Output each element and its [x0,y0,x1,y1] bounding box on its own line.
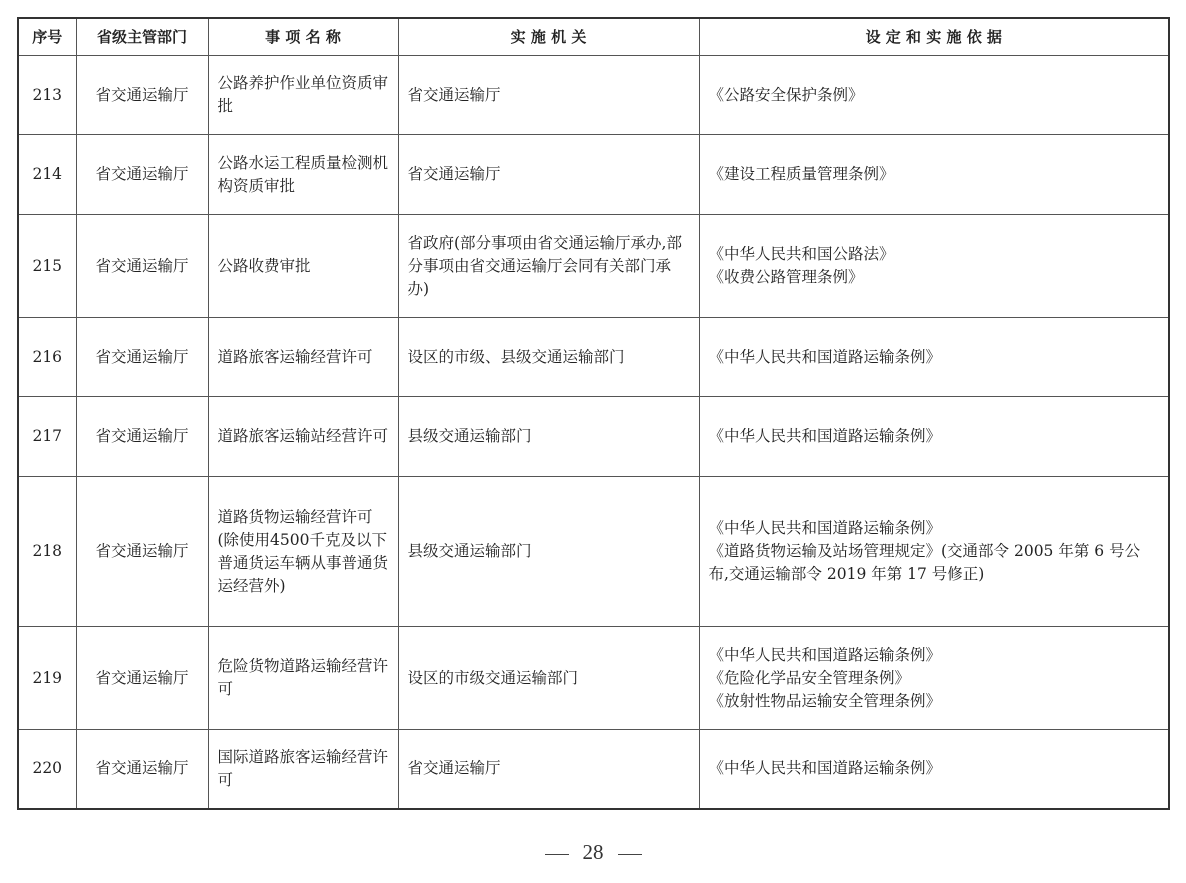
header-item-name: 事 项 名 称 [208,18,398,56]
cell-department: 省交通运输厅 [76,318,208,397]
cell-serial: 214 [18,135,76,215]
cell-department: 省交通运输厅 [76,135,208,215]
cell-department: 省交通运输厅 [76,56,208,135]
cell-department: 省交通运输厅 [76,397,208,477]
cell-agency: 省交通运输厅 [398,135,699,215]
cell-agency: 县级交通运输部门 [398,397,699,477]
header-agency: 实 施 机 关 [398,18,699,56]
cell-serial: 215 [18,215,76,318]
table-row: 219省交通运输厅危险货物道路运输经营许可设区的市级交通运输部门《中华人民共和国… [18,627,1169,730]
cell-department: 省交通运输厅 [76,477,208,627]
cell-agency: 设区的市级交通运输部门 [398,627,699,730]
legal-basis-line: 《建设工程质量管理条例》 [709,163,1160,186]
legal-basis-line: 《中华人民共和国公路法》 [709,243,1160,266]
legal-basis-line: 《中华人民共和国道路运输条例》 [709,425,1160,448]
table-row: 214省交通运输厅公路水运工程质量检测机构资质审批省交通运输厅《建设工程质量管理… [18,135,1169,215]
cell-agency: 省交通运输厅 [398,56,699,135]
header-department: 省级主管部门 [76,18,208,56]
table-row: 217省交通运输厅道路旅客运输站经营许可县级交通运输部门《中华人民共和国道路运输… [18,397,1169,477]
legal-basis-line: 《中华人民共和国道路运输条例》 [709,757,1160,780]
cell-serial: 219 [18,627,76,730]
cell-item-name: 公路养护作业单位资质审批 [208,56,398,135]
cell-agency: 县级交通运输部门 [398,477,699,627]
cell-agency: 省交通运输厅 [398,730,699,809]
cell-item-name: 道路旅客运输经营许可 [208,318,398,397]
table-row: 218省交通运输厅道路货物运输经营许可(除使用4500千克及以下普通货运车辆从事… [18,477,1169,627]
cell-agency: 设区的市级、县级交通运输部门 [398,318,699,397]
cell-agency: 省政府(部分事项由省交通运输厅承办,部分事项由省交通运输厅会同有关部门承办) [398,215,699,318]
cell-item-name: 危险货物道路运输经营许可 [208,627,398,730]
cell-item-name: 国际道路旅客运输经营许可 [208,730,398,809]
table-row: 215省交通运输厅公路收费审批省政府(部分事项由省交通运输厅承办,部分事项由省交… [18,215,1169,318]
cell-item-name: 公路水运工程质量检测机构资质审批 [208,135,398,215]
legal-basis-line: 《道路货物运输及站场管理规定》(交通部令 2005 年第 6 号公布,交通运输部… [709,540,1160,586]
cell-serial: 220 [18,730,76,809]
legal-basis-line: 《中华人民共和国道路运输条例》 [709,346,1160,369]
cell-legal-basis: 《中华人民共和国道路运输条例》 [699,730,1169,809]
cell-legal-basis: 《中华人民共和国道路运输条例》《危险化学品安全管理条例》《放射性物品运输安全管理… [699,627,1169,730]
legal-basis-line: 《中华人民共和国道路运输条例》 [709,517,1160,540]
header-legal-basis: 设 定 和 实 施 依 据 [699,18,1169,56]
cell-item-name: 公路收费审批 [208,215,398,318]
cell-legal-basis: 《中华人民共和国道路运输条例》 [699,397,1169,477]
table-row: 220省交通运输厅国际道路旅客运输经营许可省交通运输厅《中华人民共和国道路运输条… [18,730,1169,809]
legal-basis-line: 《放射性物品运输安全管理条例》 [709,690,1160,713]
header-serial: 序号 [18,18,76,56]
cell-department: 省交通运输厅 [76,627,208,730]
table-row: 213省交通运输厅公路养护作业单位资质审批省交通运输厅《公路安全保护条例》 [18,56,1169,135]
page-footer: 28 [0,840,1186,865]
cell-legal-basis: 《中华人民共和国道路运输条例》 [699,318,1169,397]
table-header-row: 序号 省级主管部门 事 项 名 称 实 施 机 关 设 定 和 实 施 依 据 [18,18,1169,56]
cell-serial: 217 [18,397,76,477]
table-row: 216省交通运输厅道路旅客运输经营许可设区的市级、县级交通运输部门《中华人民共和… [18,318,1169,397]
legal-basis-line: 《中华人民共和国道路运输条例》 [709,644,1160,667]
footer-dash-left [545,854,569,855]
cell-serial: 216 [18,318,76,397]
cell-serial: 218 [18,477,76,627]
legal-basis-line: 《公路安全保护条例》 [709,84,1160,107]
cell-legal-basis: 《公路安全保护条例》 [699,56,1169,135]
cell-legal-basis: 《中华人民共和国道路运输条例》《道路货物运输及站场管理规定》(交通部令 2005… [699,477,1169,627]
footer-dash-right [618,854,642,855]
legal-basis-line: 《收费公路管理条例》 [709,266,1160,289]
cell-department: 省交通运输厅 [76,215,208,318]
page-number: 28 [583,840,604,864]
cell-serial: 213 [18,56,76,135]
approval-items-table: 序号 省级主管部门 事 项 名 称 实 施 机 关 设 定 和 实 施 依 据 … [17,17,1170,810]
cell-item-name: 道路旅客运输站经营许可 [208,397,398,477]
cell-item-name: 道路货物运输经营许可(除使用4500千克及以下普通货运车辆从事普通货运经营外) [208,477,398,627]
cell-legal-basis: 《中华人民共和国公路法》《收费公路管理条例》 [699,215,1169,318]
legal-basis-line: 《危险化学品安全管理条例》 [709,667,1160,690]
cell-legal-basis: 《建设工程质量管理条例》 [699,135,1169,215]
cell-department: 省交通运输厅 [76,730,208,809]
